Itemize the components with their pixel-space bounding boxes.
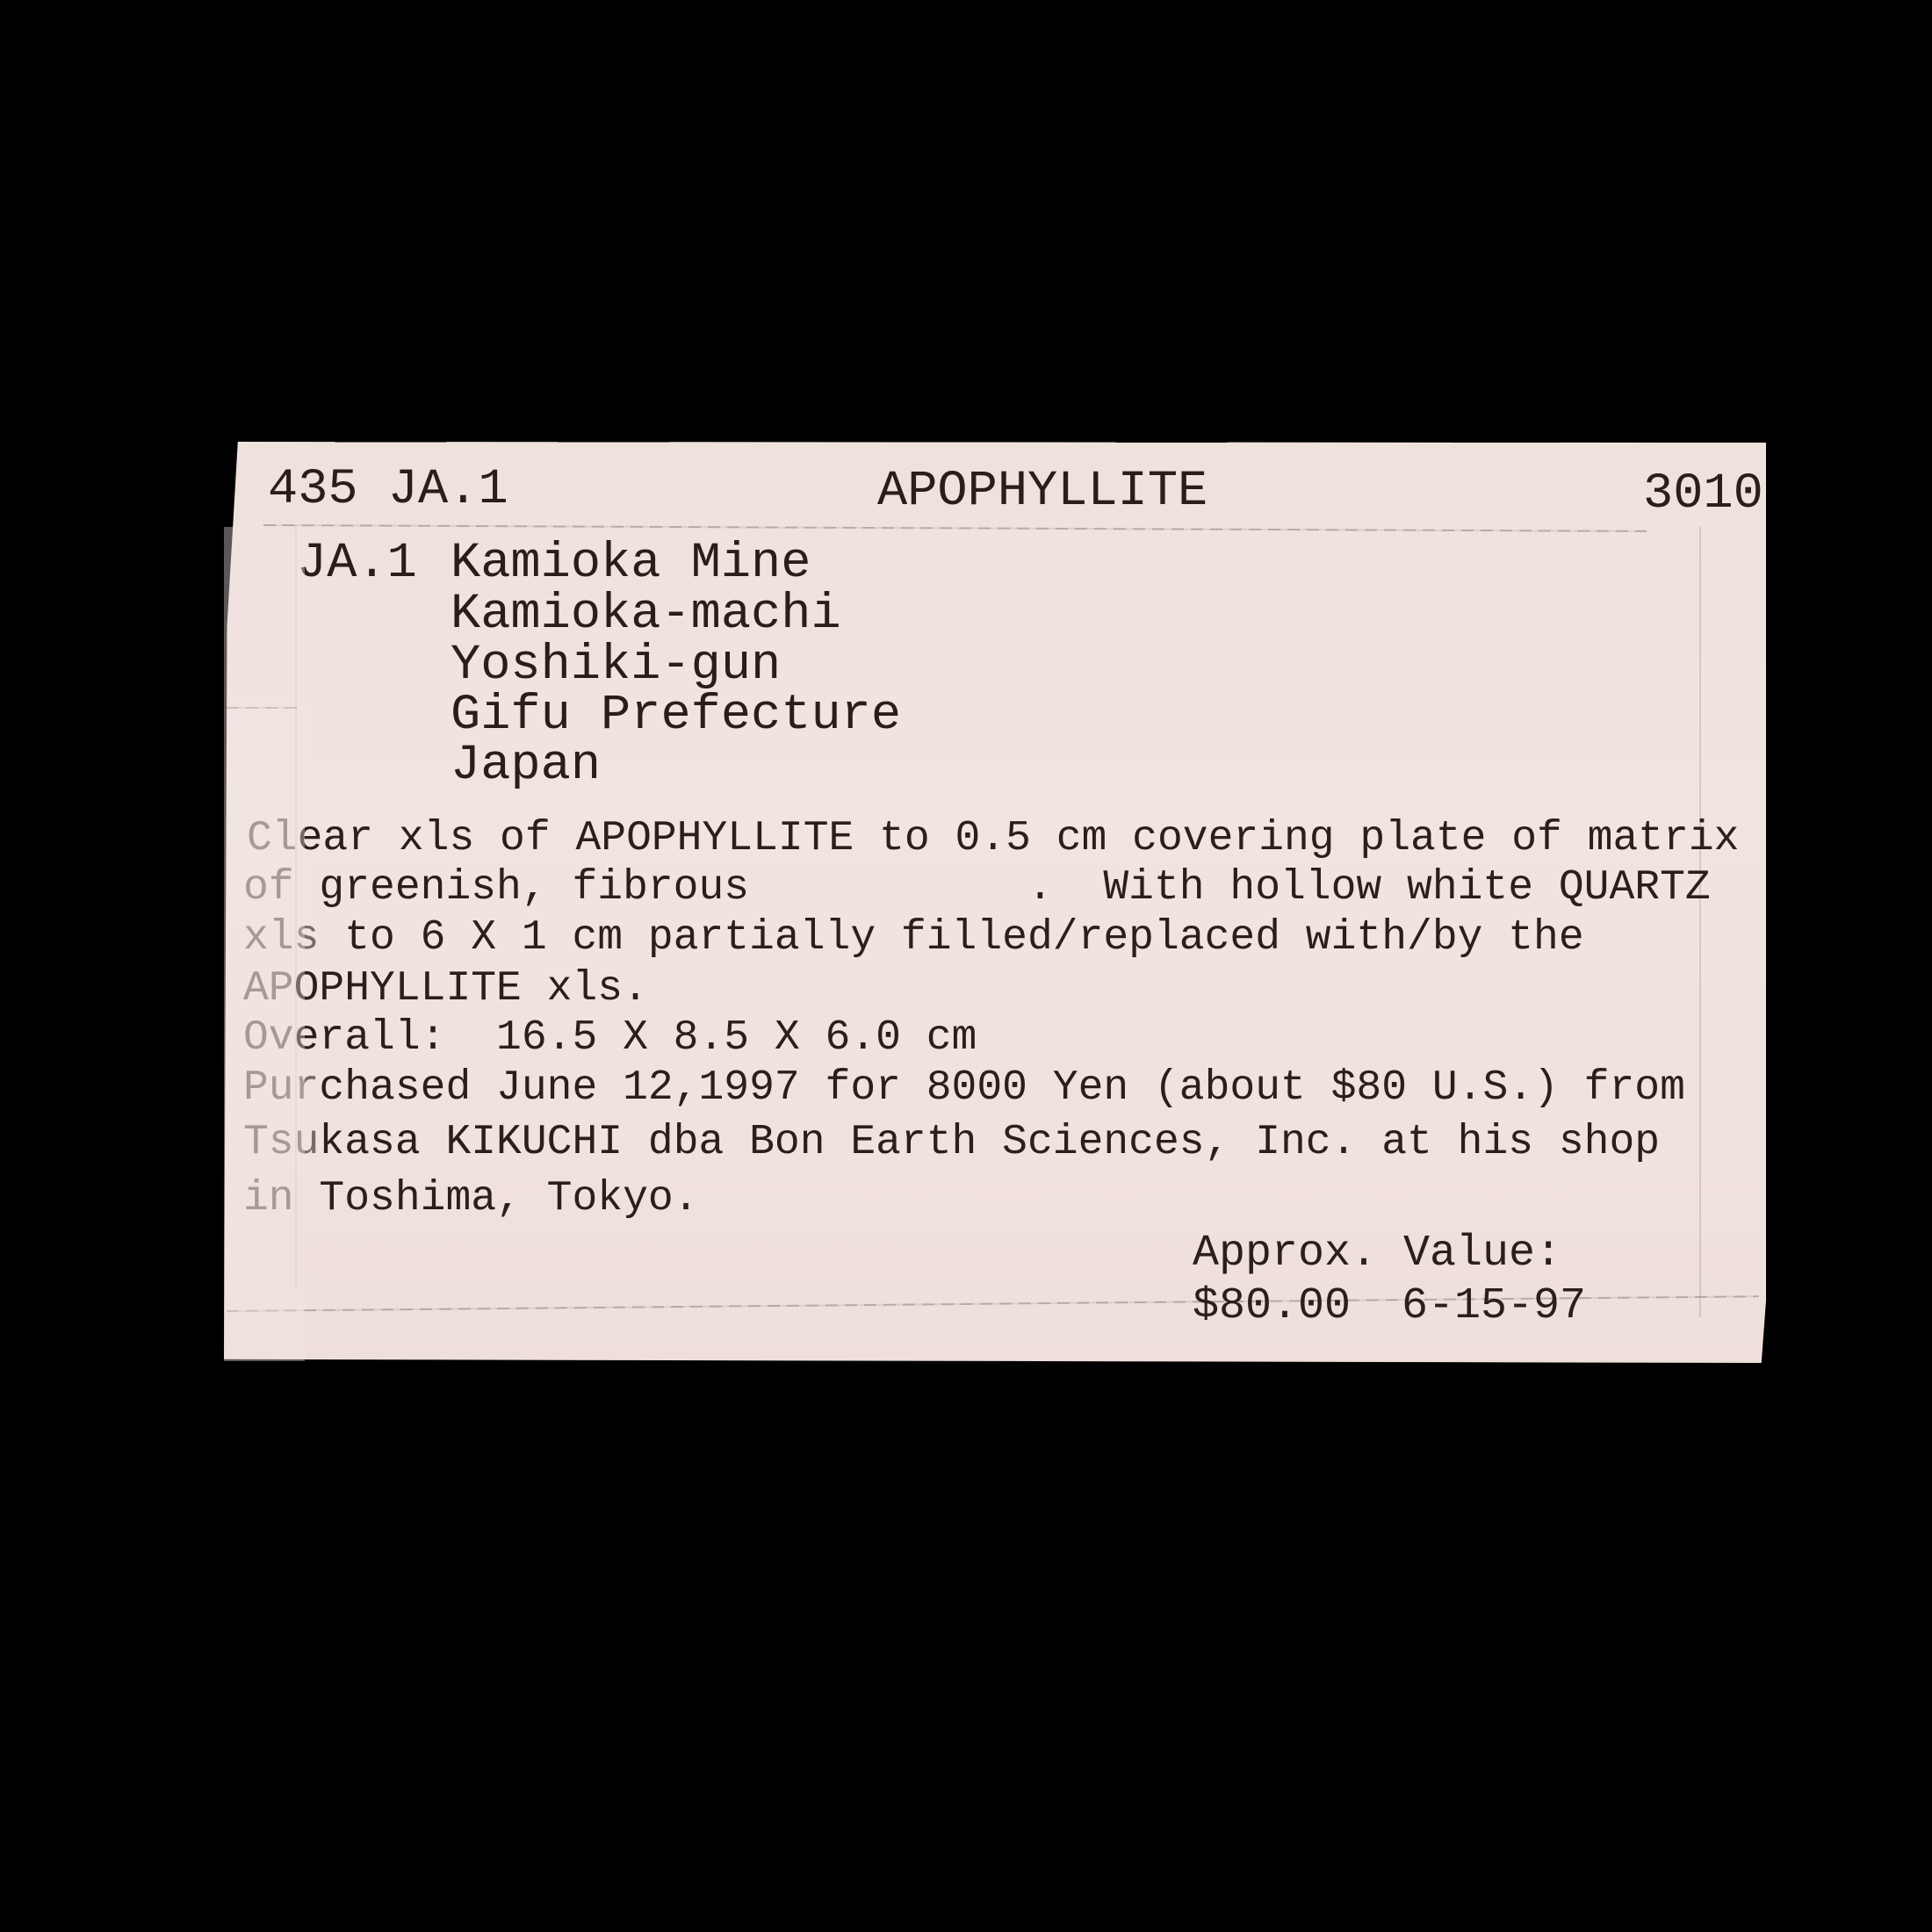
locality-line: Yoshiki-gun bbox=[451, 641, 781, 691]
description-line: Overall: 16.5 X 8.5 X 6.0 cm bbox=[243, 1017, 977, 1059]
faded-text: Pur bbox=[243, 1064, 319, 1112]
faded-text: xls bbox=[243, 914, 319, 962]
catalog-number: 435 JA.1 bbox=[268, 465, 508, 515]
faded-text: in bbox=[243, 1175, 294, 1222]
faded-text: Ov bbox=[243, 1014, 294, 1062]
faded-text: AP bbox=[243, 965, 294, 1013]
faded-text: of bbox=[243, 864, 294, 912]
description-line: APOPHYLLITE xls. bbox=[243, 968, 648, 1010]
valuation-date: 6-15-97 bbox=[1402, 1285, 1586, 1329]
description-line: Clear xls of APOPHYLLITE to 0.5 cm cover… bbox=[247, 818, 1739, 860]
specimen-number: 3010 bbox=[1643, 470, 1763, 520]
description-text: Toshima, Tokyo. bbox=[294, 1175, 699, 1222]
approx-value-heading: Approx. Value: bbox=[1193, 1232, 1561, 1276]
description-text: to 6 X 1 cm partially filled/replaced wi… bbox=[319, 914, 1583, 962]
description-line: xls to 6 X 1 cm partially filled/replace… bbox=[243, 917, 1584, 959]
crease-right bbox=[1699, 527, 1701, 1317]
faded-text: Cl bbox=[247, 815, 298, 862]
description-text: ear xls of APOPHYLLITE to 0.5 cm coverin… bbox=[298, 815, 1740, 862]
description-text: kasa KIKUCHI dba Bon Earth Sciences, Inc… bbox=[319, 1119, 1660, 1166]
description-text: chased June 12,1997 for 8000 Yen (about … bbox=[319, 1064, 1684, 1112]
description-line: in Toshima, Tokyo. bbox=[243, 1178, 698, 1220]
locality-line: Japan bbox=[451, 741, 601, 791]
locality-line: Kamioka Mine bbox=[451, 539, 811, 589]
locality-line: Gifu Prefecture bbox=[451, 691, 901, 741]
faded-text: Tsu bbox=[243, 1119, 319, 1166]
description-text: erall: 16.5 X 8.5 X 6.0 cm bbox=[294, 1014, 977, 1062]
description-text: OPHYLLITE xls. bbox=[294, 965, 648, 1013]
locality-code: JA.1 bbox=[297, 539, 417, 589]
description-line: Purchased June 12,1997 for 8000 Yen (abo… bbox=[243, 1067, 1685, 1109]
description-text: greenish, fibrous . With hollow white QU… bbox=[294, 864, 1711, 912]
description-line: Tsukasa KIKUCHI dba Bon Earth Sciences, … bbox=[243, 1121, 1660, 1164]
approx-value-amount: $80.00 bbox=[1193, 1285, 1351, 1329]
tape-edge-left bbox=[227, 707, 297, 709]
description-line: of greenish, fibrous . With hollow white… bbox=[243, 867, 1711, 909]
mineral-name: APOPHYLLITE bbox=[877, 467, 1207, 517]
locality-line: Kamioka-machi bbox=[451, 590, 841, 640]
